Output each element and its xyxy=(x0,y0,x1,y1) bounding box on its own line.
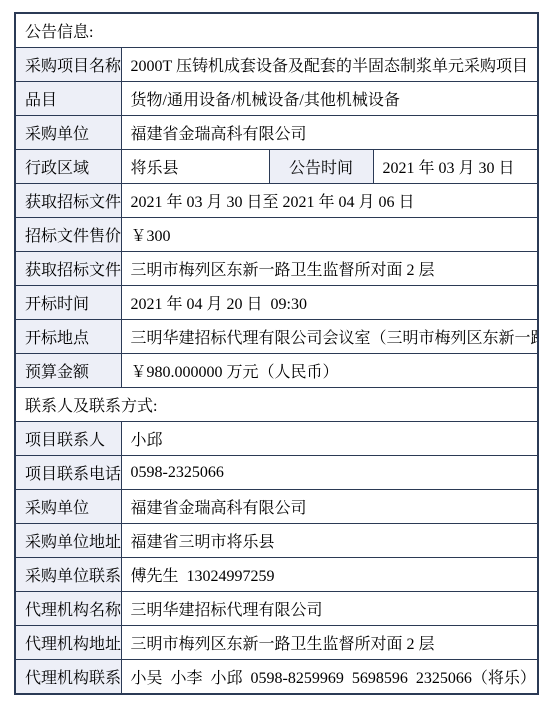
table-row: 预算金额 ￥980.000000 万元（人民币） xyxy=(15,354,538,388)
field-label: 采购项目名称 xyxy=(15,48,121,82)
field-label: 代理机构联系 xyxy=(15,660,121,695)
section-header-row: 公告信息: xyxy=(15,13,538,48)
field-label: 开标时间 xyxy=(15,286,121,320)
table-row: 代理机构联系 小吴 小李 小邱 0598-8259969 5698596 232… xyxy=(15,660,538,695)
table-row: 代理机构名称 三明华建招标代理有限公司 xyxy=(15,592,538,626)
section-header-row: 联系人及联系方式: xyxy=(15,388,538,422)
table-row: 采购单位地址 福建省三明市将乐县 xyxy=(15,524,538,558)
table-row: 获取招标文件 2021 年 03 月 30 日至 2021 年 04 月 06 … xyxy=(15,184,538,218)
field-label: 招标文件售价 xyxy=(15,218,121,252)
contacts-section-header: 联系人及联系方式: xyxy=(15,388,538,422)
field-value: 将乐县 xyxy=(121,150,269,184)
field-value: 货物/通用设备/机械设备/其他机械设备 xyxy=(121,82,538,116)
field-label: 代理机构名称 xyxy=(15,592,121,626)
table-row: 开标时间 2021 年 04 月 20 日 09:30 xyxy=(15,286,538,320)
field-value: ￥980.000000 万元（人民币） xyxy=(121,354,538,388)
field-value: 傅先生 13024997259 xyxy=(121,558,538,592)
table-row-region-time: 行政区域 将乐县 公告时间 2021 年 03 月 30 日 xyxy=(15,150,538,184)
field-value: 0598-2325066 xyxy=(121,456,538,490)
table-row: 开标地点 三明华建招标代理有限公司会议室（三明市梅列区东新一路 xyxy=(15,320,538,354)
field-value: 三明市梅列区东新一路卫生监督所对面 2 层 xyxy=(121,626,538,660)
field-label: 公告时间 xyxy=(269,150,373,184)
field-label: 获取招标文件 xyxy=(15,252,121,286)
field-value: 2000T 压铸机成套设备及配套的半固态制浆单元采购项目 xyxy=(121,48,538,82)
table-row: 采购单位联系 傅先生 13024997259 xyxy=(15,558,538,592)
field-value: 三明华建招标代理有限公司 xyxy=(121,592,538,626)
field-value: 2021 年 03 月 30 日至 2021 年 04 月 06 日 xyxy=(121,184,538,218)
table-row: 代理机构地址 三明市梅列区东新一路卫生监督所对面 2 层 xyxy=(15,626,538,660)
field-label: 代理机构地址 xyxy=(15,626,121,660)
field-value: 福建省三明市将乐县 xyxy=(121,524,538,558)
field-label: 行政区域 xyxy=(15,150,121,184)
field-label: 预算金额 xyxy=(15,354,121,388)
procurement-announcement-table: 公告信息: 采购项目名称 2000T 压铸机成套设备及配套的半固态制浆单元采购项… xyxy=(14,12,539,695)
field-value: 小邱 xyxy=(121,422,538,456)
table-row: 采购单位 福建省金瑞高科有限公司 xyxy=(15,116,538,150)
field-label: 项目联系人 xyxy=(15,422,121,456)
field-label: 品目 xyxy=(15,82,121,116)
table-row: 采购单位 福建省金瑞高科有限公司 xyxy=(15,490,538,524)
table-row: 项目联系人 小邱 xyxy=(15,422,538,456)
field-value: 福建省金瑞高科有限公司 xyxy=(121,116,538,150)
field-label: 采购单位联系 xyxy=(15,558,121,592)
field-value: 2021 年 03 月 30 日 xyxy=(373,150,538,184)
announcement-page: 公告信息: 采购项目名称 2000T 压铸机成套设备及配套的半固态制浆单元采购项… xyxy=(0,0,550,709)
announcement-section-header: 公告信息: xyxy=(15,13,538,48)
field-value: 三明市梅列区东新一路卫生监督所对面 2 层 xyxy=(121,252,538,286)
field-label: 获取招标文件 xyxy=(15,184,121,218)
table-row: 获取招标文件 三明市梅列区东新一路卫生监督所对面 2 层 xyxy=(15,252,538,286)
table-row: 品目 货物/通用设备/机械设备/其他机械设备 xyxy=(15,82,538,116)
field-label: 采购单位地址 xyxy=(15,524,121,558)
field-label: 开标地点 xyxy=(15,320,121,354)
field-label: 采购单位 xyxy=(15,116,121,150)
field-value: ￥300 xyxy=(121,218,538,252)
table-row: 采购项目名称 2000T 压铸机成套设备及配套的半固态制浆单元采购项目 xyxy=(15,48,538,82)
field-value: 小吴 小李 小邱 0598-8259969 5698596 2325066（将乐… xyxy=(121,660,538,695)
table-row: 项目联系电话 0598-2325066 xyxy=(15,456,538,490)
field-value: 三明华建招标代理有限公司会议室（三明市梅列区东新一路 xyxy=(121,320,538,354)
table-row: 招标文件售价 ￥300 xyxy=(15,218,538,252)
field-label: 项目联系电话 xyxy=(15,456,121,490)
field-value: 2021 年 04 月 20 日 09:30 xyxy=(121,286,538,320)
field-value: 福建省金瑞高科有限公司 xyxy=(121,490,538,524)
field-label: 采购单位 xyxy=(15,490,121,524)
